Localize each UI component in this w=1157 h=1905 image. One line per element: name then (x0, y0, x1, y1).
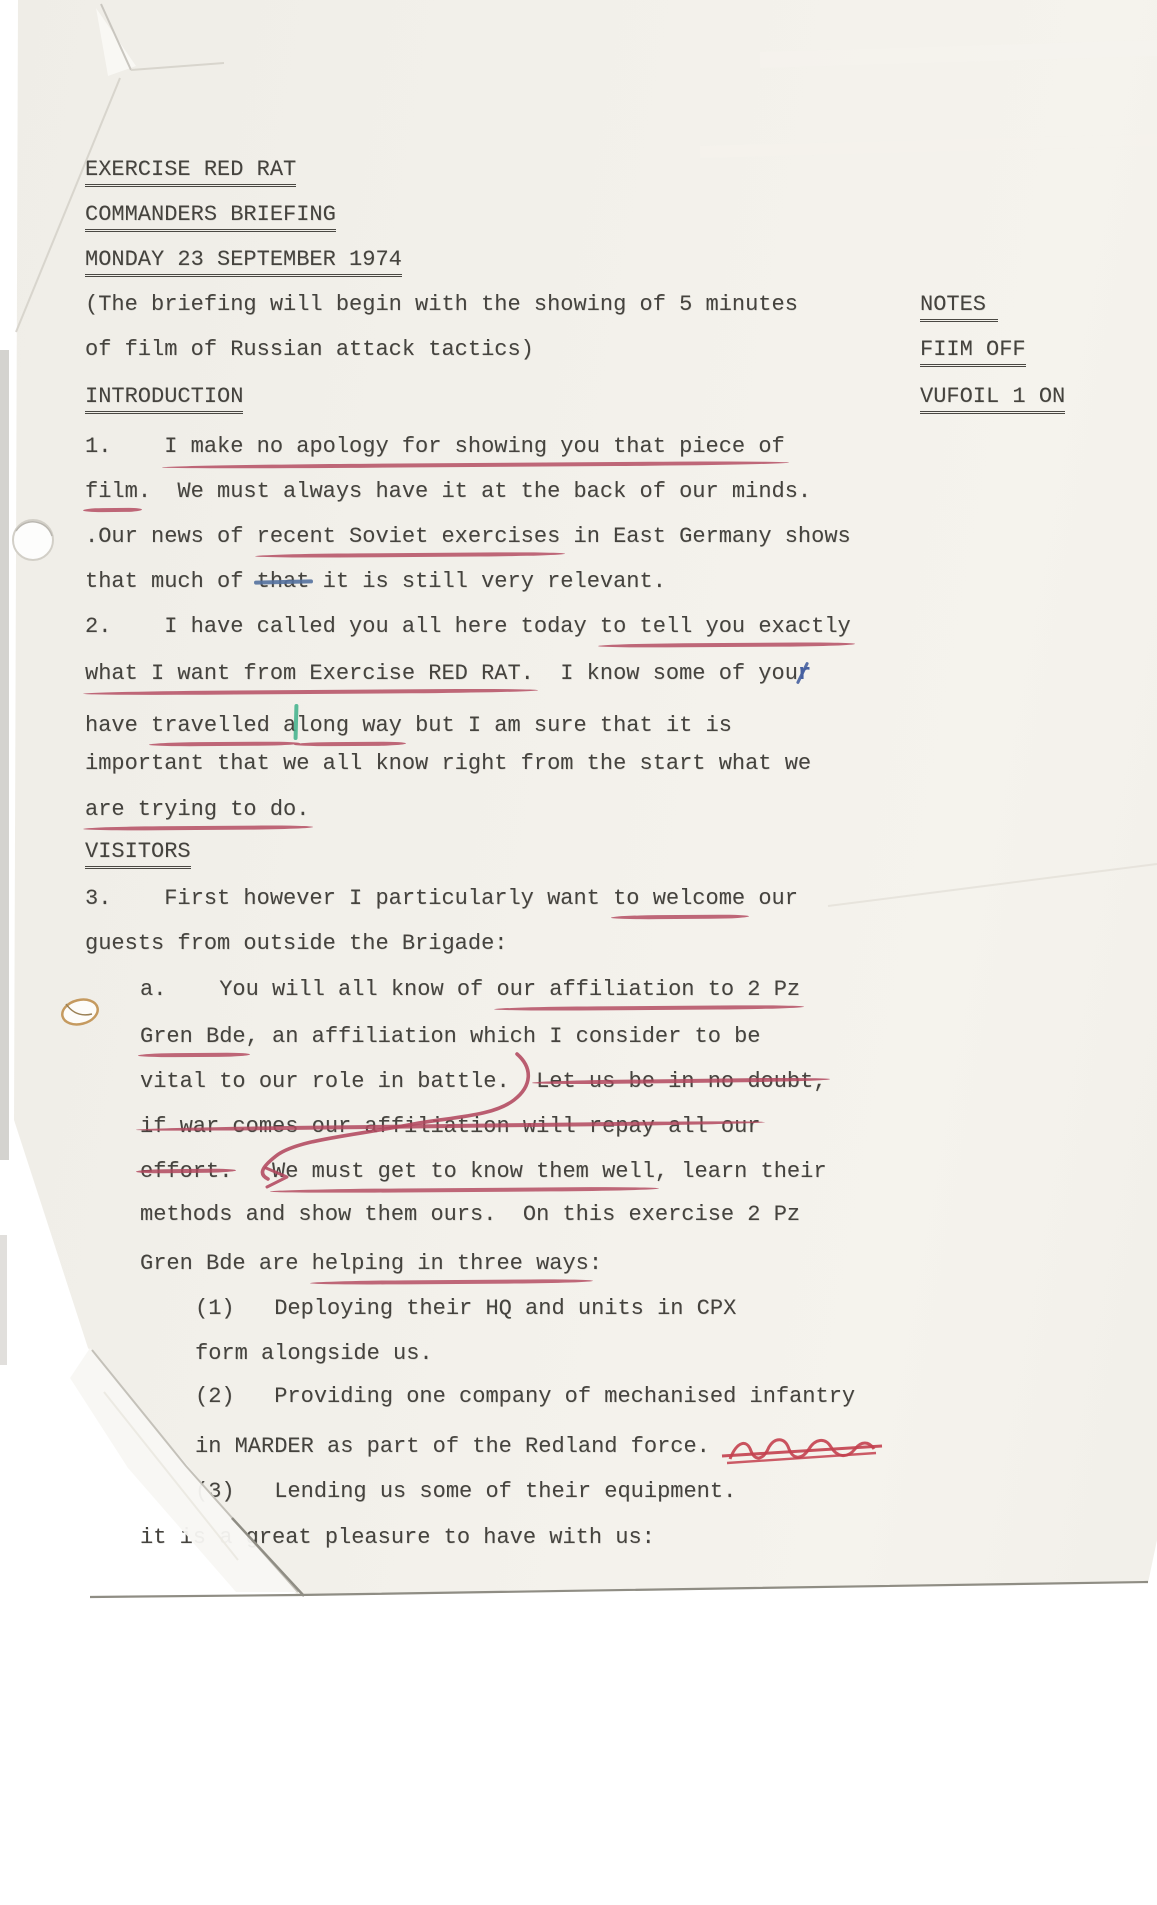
preamble-text: of film of Russian attack tactics) (85, 337, 534, 362)
body-text: methods and show them ours. On this exer… (140, 1202, 800, 1227)
para-2-line: 2. I have called you all here today to t… (85, 612, 851, 642)
closing-line: it is a great pleasure to have with us: (140, 1523, 655, 1553)
notes-item-film-off: FIIM OFF (920, 335, 1026, 365)
body-text: (2) Providing one company of mechanised … (195, 1384, 855, 1409)
notes-item-text: FIIM OFF (920, 337, 1026, 367)
body-text: it is still very relevant. (309, 569, 665, 594)
body-text: have (85, 713, 151, 738)
doc-date-text: MONDAY 23 SEPTEMBER 1974 (85, 247, 402, 277)
body-text (232, 1159, 272, 1184)
preamble-text: (The briefing will begin with the showin… (85, 292, 798, 317)
red-underlined-text: travelled a (151, 713, 296, 738)
body-text: 3. First however I particularly want (85, 886, 613, 911)
doc-title-text: EXERCISE RED RAT (85, 157, 296, 187)
subpara-a-line: if war comes our affiliation will repay … (140, 1112, 761, 1142)
subpara-a-line: a. You will all know of our affiliation … (140, 975, 800, 1005)
para-number: 1. (85, 434, 164, 459)
para-2-line: what I want from Exercise RED RAT. I kno… (85, 659, 811, 689)
subpara-a-line: methods and show them ours. On this exer… (140, 1200, 800, 1230)
body-text: important that we all know right from th… (85, 751, 811, 776)
red-underlined-text: long way (296, 713, 402, 738)
list-item-2-cont: in MARDER as part of the Redland force. (195, 1432, 710, 1462)
para-2-line: are trying to do. (85, 795, 309, 825)
body-text: a. You will all know of (140, 977, 496, 1002)
body-text: it is a great pleasure to have with us: (140, 1525, 655, 1550)
list-item-2: (2) Providing one company of mechanised … (195, 1382, 855, 1412)
red-underlined-text: to tell you exactly (600, 614, 851, 639)
subpara-a-line: vital to our role in battle. Let us be i… (140, 1067, 827, 1097)
subpara-a-line: effort. We must get to know them well, l… (140, 1157, 827, 1187)
doc-subtitle-text: COMMANDERS BRIEFING (85, 202, 336, 232)
red-underlined-text: to welcome (613, 886, 745, 911)
list-item-1: (1) Deploying their HQ and units in CPX (195, 1294, 736, 1324)
red-underlined-text: what I want from Exercise RED RAT. (85, 661, 534, 686)
para-1-line: that much of that it is still very relev… (85, 567, 666, 597)
preamble-line: of film of Russian attack tactics) (85, 335, 534, 365)
body-text: Gren Bde are (140, 1251, 312, 1276)
body-text: , an affiliation which I consider to be (246, 1024, 761, 1049)
section-heading-text: VISITORS (85, 839, 191, 869)
typewritten-text-layer: EXERCISE RED RAT COMMANDERS BRIEFING MON… (0, 0, 1157, 1905)
notes-item-text: VUFOIL 1 ON (920, 384, 1065, 414)
blue-struck-letter: r (798, 661, 811, 686)
body-text: in East Germany shows (560, 524, 850, 549)
red-underlined-text: Gren Bde (140, 1024, 246, 1049)
list-item-3: (3) Lending us some of their equipment. (195, 1477, 736, 1507)
para-1-line: .Our news of recent Soviet exercises in … (85, 522, 851, 552)
body-text: : (589, 1251, 602, 1276)
red-struck-text: effort. (140, 1159, 232, 1184)
subpara-a-line: Gren Bde, an affiliation which I conside… (140, 1022, 761, 1052)
red-underlined-text: are trying to do. (85, 797, 309, 822)
preamble-line: (The briefing will begin with the showin… (85, 290, 798, 320)
doc-subtitle: COMMANDERS BRIEFING (85, 200, 336, 230)
red-underlined-text: We must get to know them well (272, 1159, 655, 1184)
body-text: 2. I have called you all here today (85, 614, 600, 639)
body-text: I know some of you (534, 661, 798, 686)
red-struck-text: if war comes our affiliation will repay … (140, 1114, 761, 1139)
body-text: (1) Deploying their HQ and units in CPX (195, 1296, 736, 1321)
red-struck-text: Let us be in no doubt, (536, 1069, 826, 1094)
para-3-line: guests from outside the Brigade: (85, 929, 507, 959)
subpara-a-line: Gren Bde are helping in three ways: (140, 1249, 602, 1279)
body-text: in MARDER as part of the Redland force. (195, 1434, 710, 1459)
body-text: but I am sure that it is (402, 713, 732, 738)
body-text: form alongside us. (195, 1341, 433, 1366)
list-item-1-cont: form alongside us. (195, 1339, 433, 1369)
section-heading-text: INTRODUCTION (85, 384, 243, 414)
red-underlined-text: helping in three ways (312, 1251, 589, 1276)
body-text: . We must always have it at the back of … (138, 479, 811, 504)
doc-date: MONDAY 23 SEPTEMBER 1974 (85, 245, 402, 275)
body-text: (3) Lending us some of their equipment. (195, 1479, 736, 1504)
para-2-line: have travelled along way but I am sure t… (85, 704, 732, 741)
notes-heading: NOTES (920, 290, 998, 320)
body-text: , learn their (655, 1159, 827, 1184)
para-3-line: 3. First however I particularly want to … (85, 884, 798, 914)
red-underlined-text: recent Soviet exercises (257, 524, 561, 549)
red-underlined-text: I make no apology for showing you that p… (164, 434, 785, 459)
para-1-line: film. We must always have it at the back… (85, 477, 811, 507)
red-underlined-text: our affiliation to 2 Pz (496, 977, 800, 1002)
body-text: that much of (85, 569, 257, 594)
para-2-line: important that we all know right from th… (85, 749, 811, 779)
notes-heading-text: NOTES (920, 292, 998, 322)
body-text: our (745, 886, 798, 911)
body-text: .Our news of (85, 524, 257, 549)
section-heading-visitors: VISITORS (85, 837, 191, 867)
blue-struck-word: that (257, 569, 310, 594)
section-heading-introduction: INTRODUCTION (85, 382, 243, 412)
body-text: vital to our role in battle. (140, 1069, 536, 1094)
notes-item-vufoil: VUFOIL 1 ON (920, 382, 1065, 412)
para-1-line: 1. I make no apology for showing you tha… (85, 432, 785, 462)
red-underlined-text: film (85, 479, 138, 504)
body-text: guests from outside the Brigade: (85, 931, 507, 956)
doc-title: EXERCISE RED RAT (85, 155, 296, 185)
